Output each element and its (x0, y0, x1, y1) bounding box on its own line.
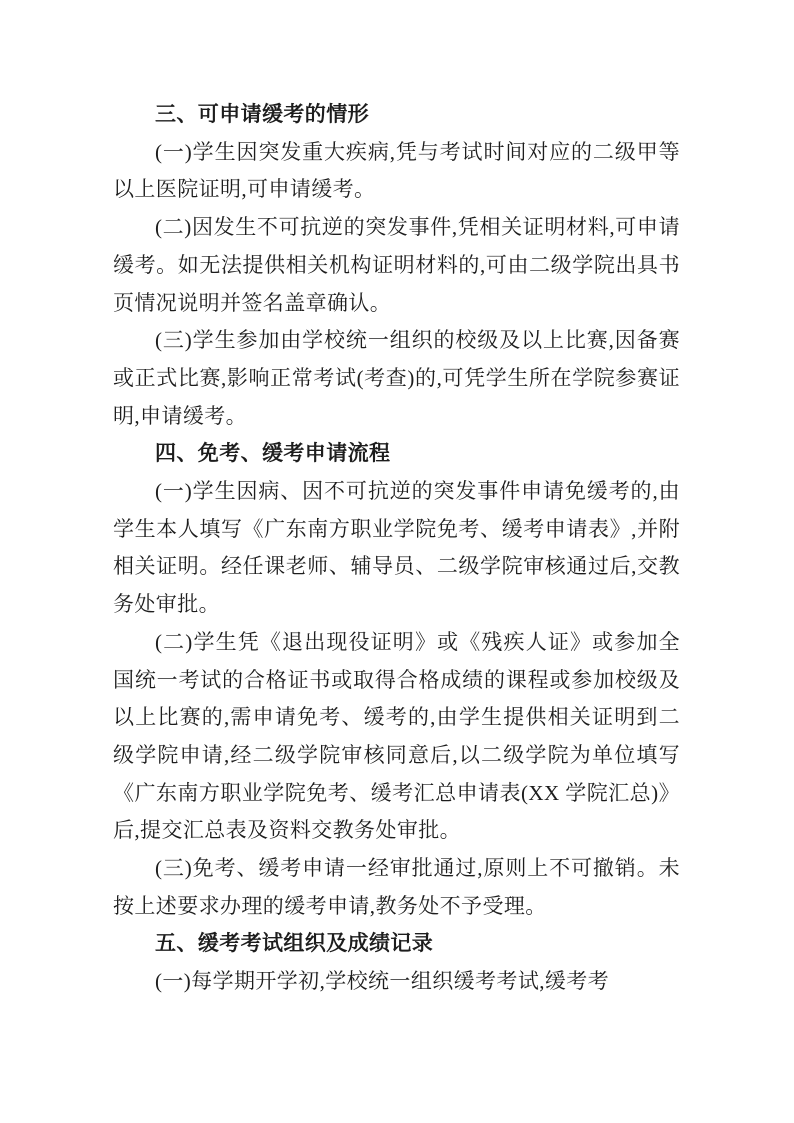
heading-section-4: 四、免考、缓考申请流程 (113, 435, 680, 473)
paragraph-3-2: (二)因发生不可抗逆的突发事件,凭相关证明材料,可申请缓考。如无法提供相关机构证… (113, 209, 680, 322)
paragraph-4-3: (三)免考、缓考申请一经审批通过,原则上不可撤销。未按上述要求办理的缓考申请,教… (113, 850, 680, 925)
paragraph-4-1: (一)学生因病、因不可抗逆的突发事件申请免缓考的,由学生本人填写《广东南方职业学… (113, 473, 680, 624)
heading-section-3: 三、可申请缓考的情形 (113, 96, 680, 134)
paragraph-3-1: (一)学生因突发重大疾病,凭与考试时间对应的二级甲等以上医院证明,可申请缓考。 (113, 134, 680, 209)
document-page: 三、可申请缓考的情形 (一)学生因突发重大疾病,凭与考试时间对应的二级甲等以上医… (0, 0, 794, 1123)
paragraph-5-1: (一)每学期开学初,学校统一组织缓考考试,缓考考 (113, 963, 680, 1001)
paragraph-3-3: (三)学生参加由学校统一组织的校级及以上比赛,因备赛或正式比赛,影响正常考试(考… (113, 322, 680, 435)
paragraph-4-2: (二)学生凭《退出现役证明》或《残疾人证》或参加全国统一考试的合格证书或取得合格… (113, 624, 680, 850)
heading-section-5: 五、缓考考试组织及成绩记录 (113, 925, 680, 963)
